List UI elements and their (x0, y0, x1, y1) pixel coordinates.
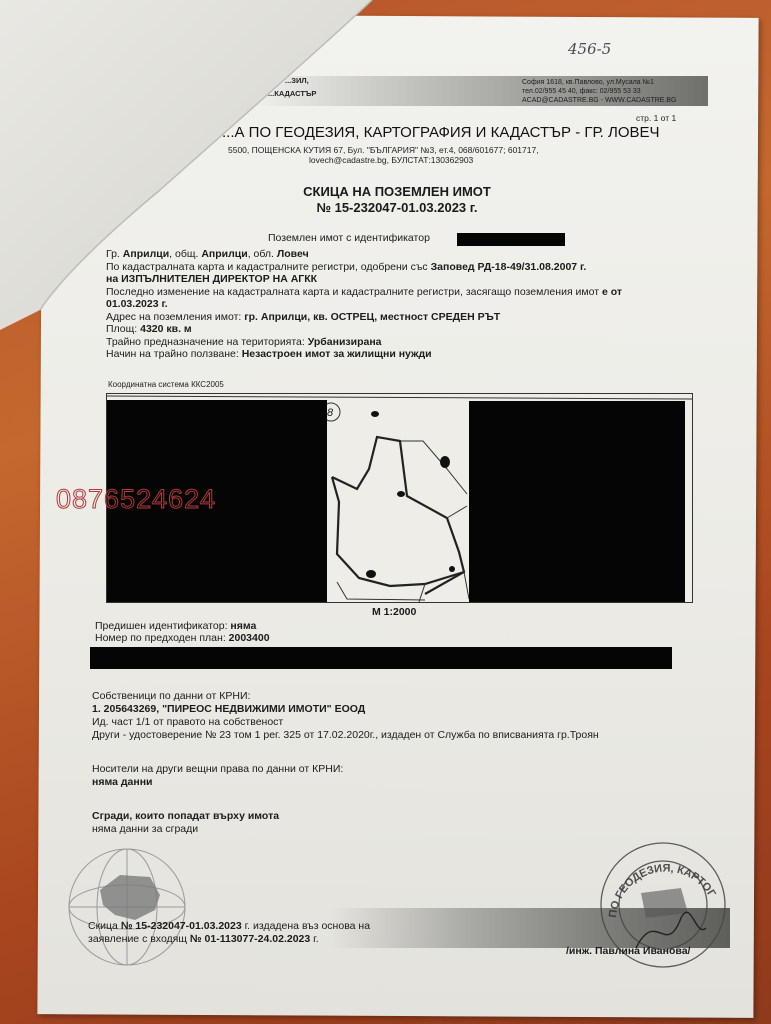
identifier-label: Поземлен имот с идентификатор (268, 232, 430, 245)
buildings-heading: Сгради, които попадат върху имота (92, 810, 279, 823)
buildings-value: няма данни за сгради (92, 823, 198, 836)
signatory-name: /инж. Павлина Иванова/ (566, 945, 690, 958)
other-rights-heading: Носители на други вещни права по данни о… (92, 763, 343, 776)
approval-by: на ИЗПЪЛНИТЕЛЕН ДИРЕКТОР НА АГКК (106, 273, 317, 286)
area-line: Площ: 4320 кв. м (106, 323, 192, 336)
issued-line: Скица № 15-232047-01.03.2023 г. издадена… (88, 920, 370, 933)
owner-entry: 1. 205643269, "ПИРЕОС НЕДВИЖИМИ ИМОТИ" Е… (92, 703, 365, 716)
location-line: Гр. Априлци, общ. Априлци, обл. Ловеч (106, 248, 309, 261)
svg-text:8: 8 (327, 407, 334, 419)
last-change-date: 01.03.2023 г. (106, 298, 168, 311)
document-number: № 15-232047-01.03.2023 г. (247, 200, 547, 215)
header-contact: София 1618, кв.Павлово, ул.Мусала №1 тел… (522, 78, 677, 105)
contact-phone: тел.02/955 45 40, факс: 02/955 53 33 (522, 87, 677, 96)
handwritten-note: 456-5 (568, 40, 611, 58)
map-scale: М 1:2000 (372, 606, 416, 618)
agency-title: ...А ПО ГЕОДЕЗИЯ, КАРТОГРАФИЯ И КАДАСТЪР… (222, 124, 660, 141)
last-change-line: Последно изменение на кадастралната карт… (106, 286, 622, 299)
redacted-bar (90, 647, 672, 669)
document-title: СКИЦА НА ПОЗЕМЛЕН ИМОТ (247, 184, 547, 199)
application-line: заявление с входящ № 01-113077-24.02.202… (88, 933, 319, 946)
agency-emblem-icon (65, 845, 190, 970)
usage-line: Начин на трайно ползване: Незастроен имо… (106, 348, 432, 361)
agency-email: lovech@cadastre.bg, БУЛСТАТ:130362903 (309, 155, 473, 165)
header-org-line1: ...ЗИЛ, (285, 76, 309, 85)
agency-address: 5500, ПОЩЕНСКА КУТИЯ 67, Бул. "БЪЛГАРИЯ"… (228, 145, 539, 155)
contact-address: София 1618, кв.Павлово, ул.Мусала №1 (522, 78, 677, 87)
owner-other: Други - удостоверение № 23 том 1 рег. 32… (92, 729, 599, 742)
redacted-identifier (457, 233, 565, 246)
coord-system-label: Координатна система ККС2005 (108, 380, 224, 389)
other-rights-value: няма данни (92, 776, 153, 789)
owner-share: Ид. част 1/1 от правото на собственост (92, 716, 283, 729)
header-org-line2: ...КАДАСТЪР (268, 89, 316, 98)
owners-heading: Собственици по данни от КРНИ: (92, 690, 250, 703)
page-counter: стр. 1 от 1 (636, 113, 676, 123)
phone-watermark: 0876524624 (56, 484, 216, 515)
prev-plan-number: Номер по предходен план: 2003400 (95, 632, 270, 645)
redacted-map-right (469, 401, 685, 602)
contact-web: ACAD@CADASTRE.BG - WWW.CADASTRE.BG (522, 96, 677, 105)
